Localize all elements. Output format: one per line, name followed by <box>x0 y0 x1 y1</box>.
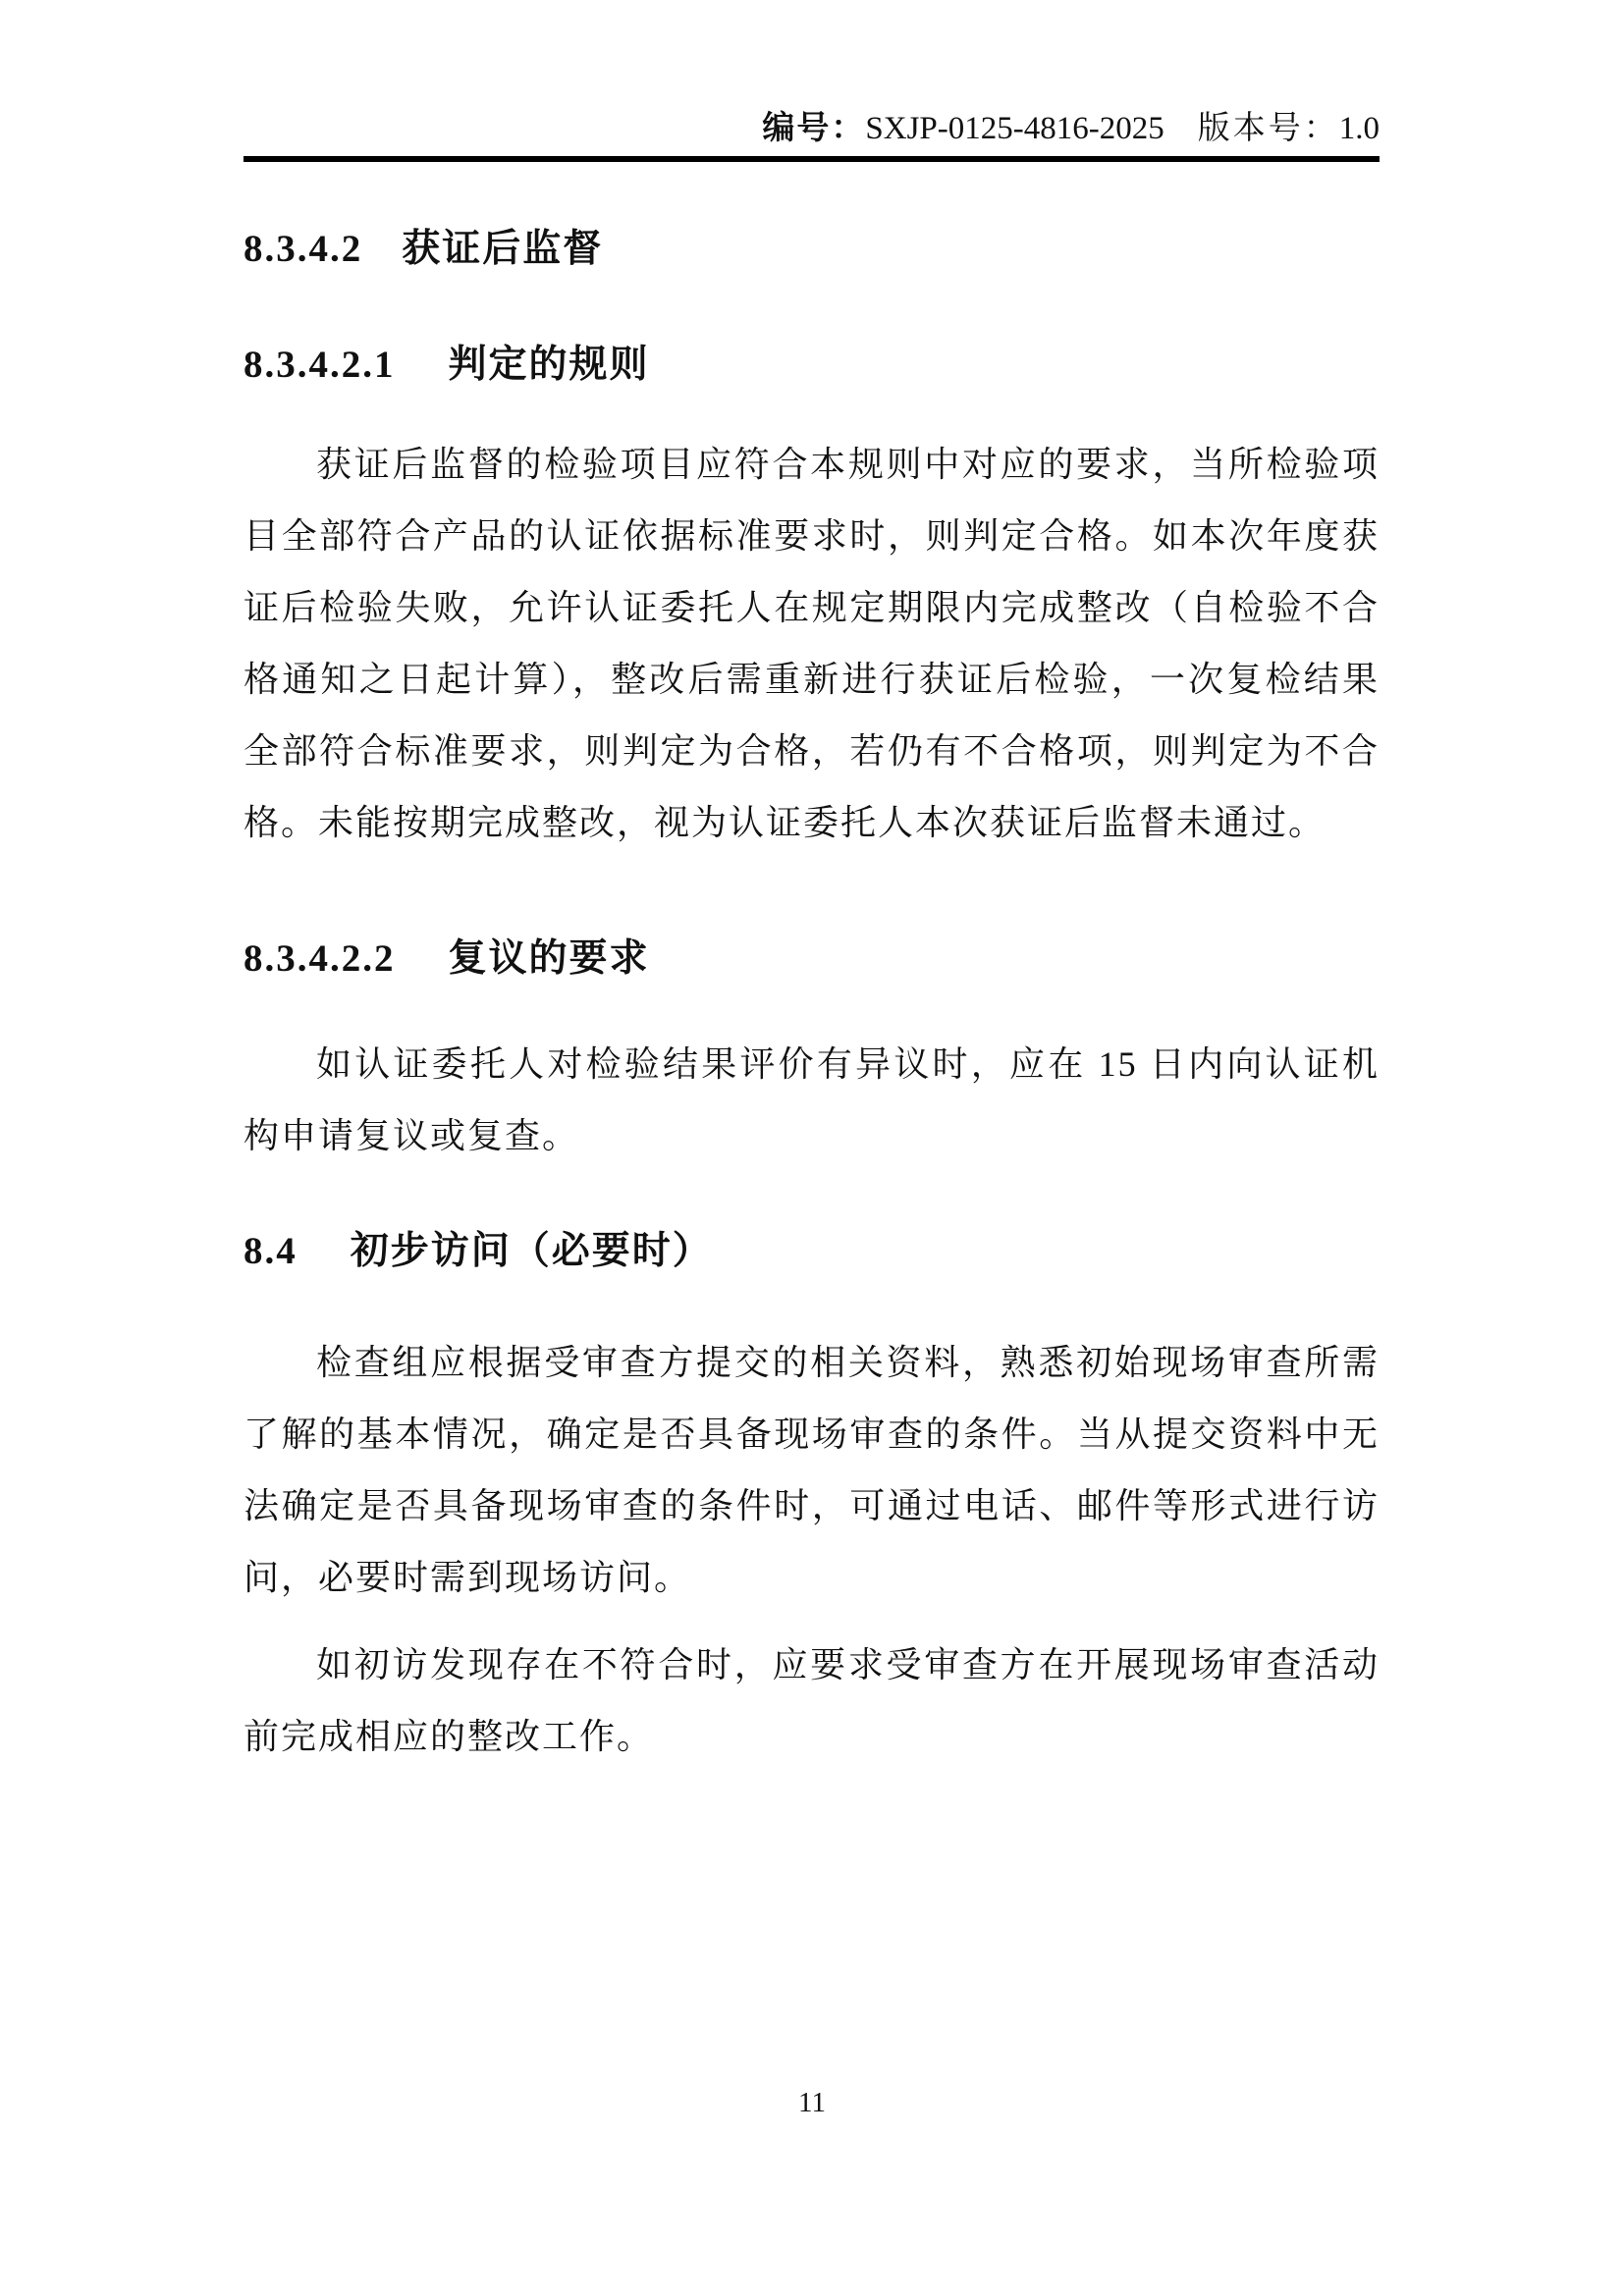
document-header: 编号：SXJP-0125-4816-2025版本号：1.0 <box>244 108 1380 162</box>
heading-number: 8.3.4.2.1 <box>244 344 396 386</box>
paragraph-line: 法确定是否具备现场审查的条件时，可通过电话、邮件等形式进行访 <box>244 1470 1380 1542</box>
section-heading-judgement-rules: 8.3.4.2.1判定的规则 <box>244 342 1380 389</box>
paragraph-preliminary-visit-1: 检查组应根据受审查方提交的相关资料，熟悉初始现场审查所需 了解的基本情况，确定是… <box>244 1327 1380 1614</box>
page-number: 11 <box>798 2087 826 2118</box>
paragraph-line: 获证后监督的检验项目应符合本规则中对应的要求，当所检验项 <box>244 429 1380 501</box>
heading-number: 8.4 <box>244 1230 298 1272</box>
paragraph-preliminary-visit-2: 如初访发现存在不符合时，应要求受审查方在开展现场审查活动 前完成相应的整改工作。 <box>244 1629 1380 1773</box>
paragraph-line: 格。未能按期完成整改，视为认证委托人本次获证后监督未通过。 <box>244 787 1380 859</box>
paragraph-line: 目全部符合产品的认证依据标准要求时，则判定合格。如本次年度获 <box>244 501 1380 572</box>
paragraph-line: 检查组应根据受审查方提交的相关资料，熟悉初始现场审查所需 <box>244 1327 1380 1399</box>
page-footer: 11 <box>0 2083 1624 2122</box>
heading-title: 获证后监督 <box>402 228 603 270</box>
heading-number: 8.3.4.2 <box>244 228 362 270</box>
version-value: 1.0 <box>1339 111 1380 146</box>
paragraph-line: 格通知之日起计算），整改后需重新进行获证后检验，一次复检结果 <box>244 644 1380 716</box>
version-label: 版本号： <box>1198 111 1339 146</box>
paragraph-judgement-rules: 获证后监督的检验项目应符合本规则中对应的要求，当所检验项 目全部符合产品的认证依… <box>244 429 1380 859</box>
doc-number-label: 编号： <box>762 111 865 146</box>
paragraph-line: 证后检验失败，允许认证委托人在规定期限内完成整改（自检验不合 <box>244 572 1380 644</box>
paragraph-line: 了解的基本情况，确定是否具备现场审查的条件。当从提交资料中无 <box>244 1399 1380 1470</box>
section-heading-review-requirements: 8.3.4.2.2复议的要求 <box>244 935 1380 983</box>
section-heading-post-cert-supervision: 8.3.4.2获证后监督 <box>244 226 1380 273</box>
paragraph-line: 前完成相应的整改工作。 <box>244 1701 1380 1773</box>
paragraph-line: 如初访发现存在不符合时，应要求受审查方在开展现场审查活动 <box>244 1629 1380 1701</box>
doc-number-value: SXJP-0125-4816-2025 <box>865 111 1164 146</box>
heading-title: 初步访问（必要时） <box>351 1230 713 1272</box>
paragraph-line: 问，必要时需到现场访问。 <box>244 1542 1380 1614</box>
heading-number: 8.3.4.2.2 <box>244 937 396 980</box>
heading-title: 判定的规则 <box>449 344 650 386</box>
paragraph-line: 构申请复议或复查。 <box>244 1100 1380 1172</box>
paragraph-line: 全部符合标准要求，则判定为合格，若仍有不合格项，则判定为不合 <box>244 716 1380 787</box>
paragraph-line: 如认证委托人对检验结果评价有异议时，应在 15 日内向认证机 <box>244 1029 1380 1100</box>
heading-title: 复议的要求 <box>449 937 650 980</box>
section-heading-preliminary-visit: 8.4初步访问（必要时） <box>244 1228 1380 1275</box>
paragraph-review-requirements: 如认证委托人对检验结果评价有异议时，应在 15 日内向认证机 构申请复议或复查。 <box>244 1029 1380 1172</box>
document-page: 编号：SXJP-0125-4816-2025版本号：1.0 8.3.4.2获证后… <box>244 0 1380 1773</box>
